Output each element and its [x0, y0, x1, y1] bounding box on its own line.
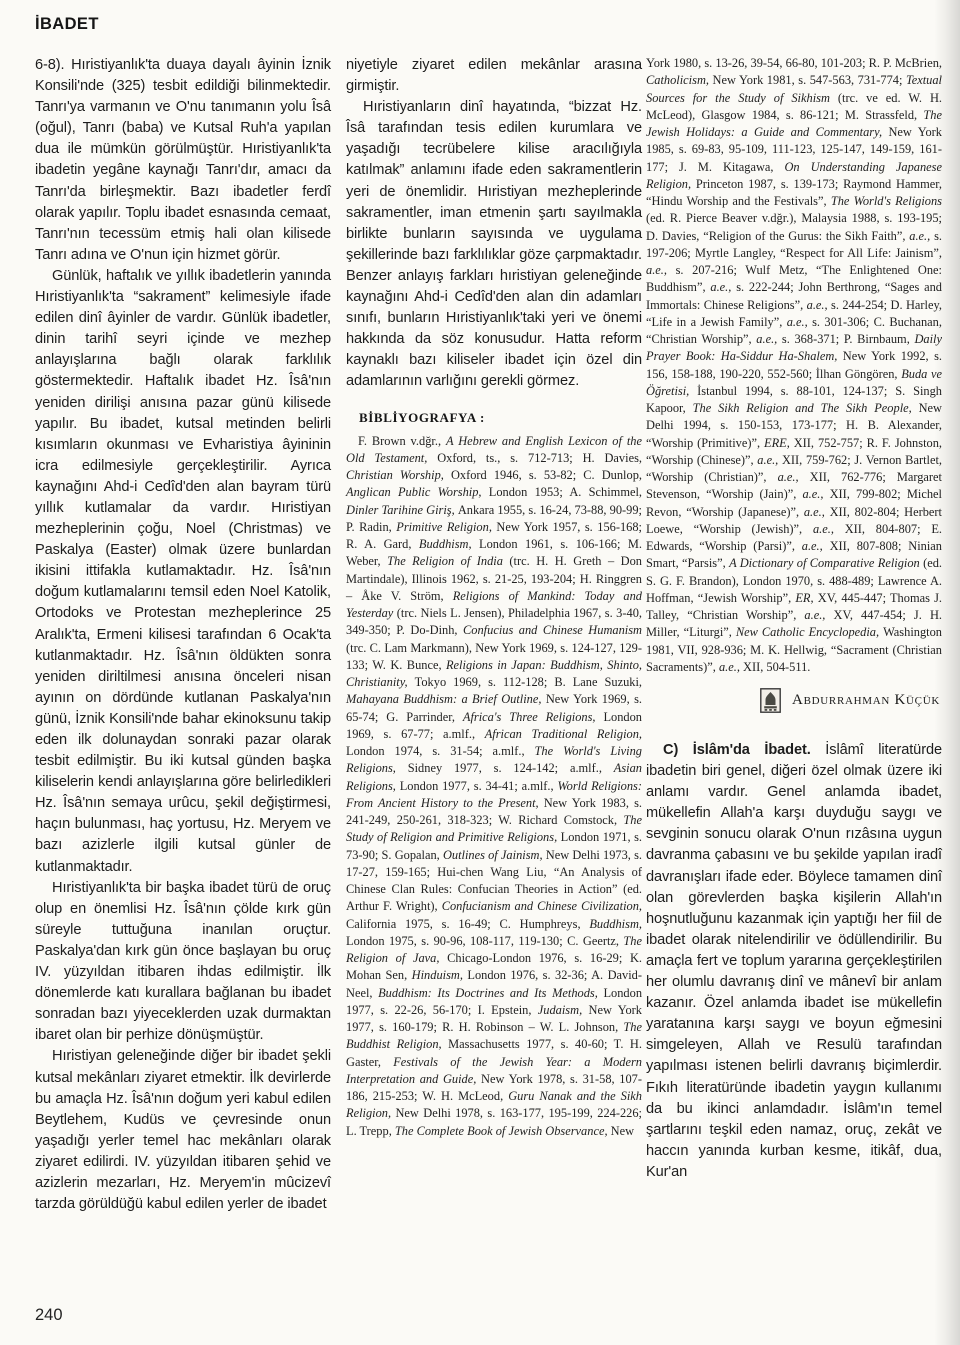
biblio-text-segment: (ed. R. Pierce Beaver v.dğr.), Malaysia …	[646, 211, 942, 242]
bibliography-heading: BİBLİYOGRAFYA :	[346, 410, 642, 426]
paragraph: C) İslâm'da İbadet. İslâmî literatürde i…	[646, 740, 942, 1183]
middle-body-text: niyetiyle ziyaret edilen mekânlar arasın…	[346, 55, 642, 393]
biblio-title-segment: a.e.,	[646, 263, 676, 277]
biblio-title-segment: Dinler Tarihine Giriş,	[346, 503, 458, 517]
section-c-islamda-ibadet: C) İslâm'da İbadet. İslâmî literatürde i…	[646, 740, 942, 1183]
biblio-title-segment: a.e.,	[802, 539, 830, 553]
author-signature: Abdurrahman Küçük	[646, 688, 940, 713]
biblio-title-segment: A Dictionary of Comparative Religion	[729, 556, 923, 570]
biblio-text-segment: s. 368-371; P. Birnbaum,	[782, 332, 915, 346]
column-middle: niyetiyle ziyaret edilen mekânlar arasın…	[346, 55, 642, 1140]
biblio-title-segment: a.e.,	[804, 505, 830, 519]
tdv-publisher-emblem-icon	[760, 688, 781, 713]
biblio-text-segment: London 1975, s. 90-96, 108-117, 119-130;…	[346, 934, 623, 948]
biblio-title-segment: a.e.,	[804, 608, 833, 622]
page-number: 240	[35, 1306, 63, 1325]
paragraph: Günlük, haftalık ve yıllık ibadetlerin y…	[35, 266, 331, 878]
biblio-title-segment: New Catholic Encyclopedia,	[736, 625, 883, 639]
column-right: York 1980, s. 13-26, 39-54, 66-80, 101-2…	[646, 55, 942, 1183]
biblio-title-segment: African Traditional Religion,	[485, 727, 642, 741]
biblio-title-segment: Judaism,	[538, 1003, 589, 1017]
paragraph: Hıristiyanların dinî hayatında, “bizzat …	[346, 97, 642, 392]
running-head: İBADET	[35, 15, 99, 34]
biblio-text-segment: New York 1981, s. 547-563, 731-774;	[713, 73, 906, 87]
biblio-title-segment: a.e.,	[807, 298, 831, 312]
biblio-title-segment: a.e.,	[802, 487, 829, 501]
biblio-title-segment: The Complete Book of Jewish Observance,	[395, 1124, 611, 1138]
biblio-title-segment: Outlines of Jainism,	[443, 848, 546, 862]
biblio-title-segment: The Sikh Religion and The Sikh People,	[693, 401, 919, 415]
biblio-title-segment: a.e.,	[778, 470, 810, 484]
biblio-text-segment: York 1980, s. 13-26, 39-54, 66-80, 101-2…	[646, 56, 942, 70]
biblio-title-segment: a.e.,	[787, 315, 812, 329]
biblio-title-segment: Africa's Three Religions,	[463, 710, 604, 724]
biblio-title-segment: Anglican Public Worship,	[346, 485, 489, 499]
biblio-text-segment: London 1977, s. 34-41; a.mlf.,	[400, 779, 558, 793]
biblio-text-segment: California 1975, s. 16-49; C. Humphreys,	[346, 917, 589, 931]
column-left: 6-8). Hıristiyanlık'ta duaya dayalı âyin…	[35, 55, 331, 1215]
paragraph: niyetiyle ziyaret edilen mekânlar arasın…	[346, 55, 642, 97]
biblio-text-segment: London 1974, s. 31-54; a.mlf.,	[346, 744, 535, 758]
biblio-title-segment: a.e.,	[719, 660, 743, 674]
biblio-title-segment: ERE,	[764, 436, 794, 450]
biblio-title-segment: Buddhism,	[419, 537, 479, 551]
biblio-text-segment: New	[611, 1124, 634, 1138]
biblio-text-segment: Tokyo 1969, s. 112-128; B. Lane Suzuki,	[415, 675, 642, 689]
biblio-title-segment: Buddhism,	[589, 917, 642, 931]
biblio-title-segment: a.e.,	[710, 280, 736, 294]
biblio-title-segment: a.e.,	[756, 332, 782, 346]
biblio-title-segment: Confucianism and Chinese Civilization,	[442, 899, 642, 913]
paragraph: 6-8). Hıristiyanlık'ta duaya dayalı âyin…	[35, 55, 331, 266]
biblio-text-segment: Oxford 1946, s. 53-82; C. Dunlop,	[451, 468, 642, 482]
biblio-title-segment: a.e.,	[813, 522, 845, 536]
author-name: Abdurrahman Küçük	[792, 692, 940, 709]
biblio-text-segment: Oxford, ts., s. 712-713; H. Davies,	[437, 451, 642, 465]
biblio-title-segment: Christian Worship,	[346, 468, 451, 482]
paragraph: Hıristiyanlık'ta bir başka ibadet türü d…	[35, 878, 331, 1047]
biblio-title-segment: The World's Religions	[831, 194, 942, 208]
biblio-title-segment: Confucius and Chinese Humanism	[463, 623, 642, 637]
biblio-title-segment: Catholicism,	[646, 73, 713, 87]
biblio-title-segment: a.e.,	[757, 453, 782, 467]
biblio-text-segment: F. Brown v.dğr.,	[358, 434, 446, 448]
biblio-title-segment: Mahayana Buddhism: a Brief Outline,	[346, 692, 546, 706]
paragraph: Hıristiyan geleneğinde diğer bir ibadet …	[35, 1046, 331, 1215]
biblio-text-segment: London 1953; A. Schimmel,	[489, 485, 642, 499]
encyclopedia-page: İBADET 6-8). Hıristiyanlık'ta duaya daya…	[0, 0, 960, 1345]
paragraph-lead: C) İslâm'da İbadet.	[663, 742, 811, 758]
biblio-title-segment: The Religion of India	[387, 554, 509, 568]
biblio-title-segment: Buddhism: Its Doctrines and Its Methods,	[378, 986, 603, 1000]
bibliography-text-continued: York 1980, s. 13-26, 39-54, 66-80, 101-2…	[646, 55, 942, 676]
biblio-title-segment: ER,	[795, 591, 817, 605]
biblio-text-segment: XII, 504-511.	[743, 660, 810, 674]
biblio-text-segment: Sidney 1977, s. 124-142; a.mlf.,	[408, 761, 614, 775]
biblio-title-segment: Primitive Religion,	[396, 520, 496, 534]
biblio-title-segment: a.e.,	[909, 229, 934, 243]
biblio-title-segment: Hinduism,	[412, 968, 468, 982]
bibliography-text: F. Brown v.dğr., A Hebrew and English Le…	[346, 433, 642, 1140]
